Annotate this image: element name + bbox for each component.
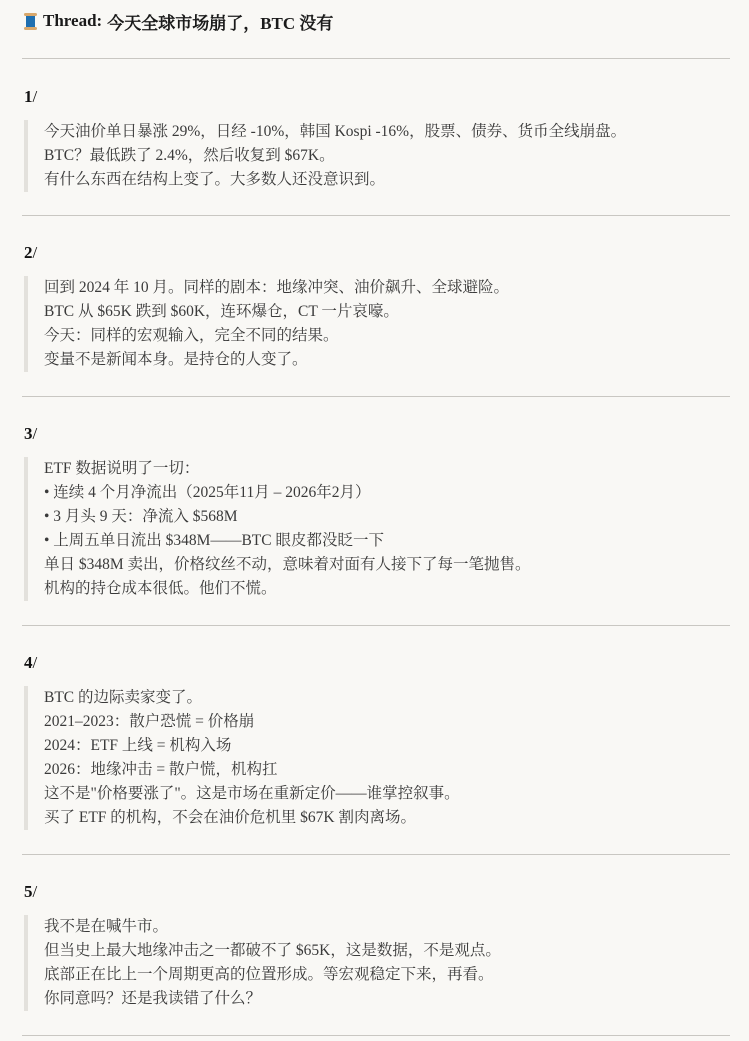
post-quote: 回到 2024 年 10 月。同样的剧本：地缘冲突、油价飙升、全球避险。 BTC…	[24, 276, 730, 372]
quote-line: ETF 数据说明了一切：	[44, 457, 730, 481]
divider	[22, 625, 730, 626]
quote-line: 今天：同样的宏观输入，完全不同的结果。	[44, 324, 730, 348]
quote-line: 你同意吗？还是我读错了什么？	[44, 987, 730, 1011]
thread-label: Thread:	[43, 11, 102, 31]
quote-line: 2024：ETF 上线 = 机构入场	[44, 734, 730, 758]
post-quote: 今天油价单日暴涨 29%，日经 -10%，韩国 Kospi -16%，股票、债券…	[24, 120, 730, 192]
post-quote: BTC 的边际卖家变了。 2021–2023：散户恐慌 = 价格崩 2024：E…	[24, 686, 730, 830]
post-number: 4/	[24, 652, 730, 674]
quote-line: 这不是"价格要涨了"。这是市场在重新定价——谁掌控叙事。	[44, 782, 730, 806]
quote-line: 但当史上最大地缘冲击之一都破不了 $65K，这是数据，不是观点。	[44, 939, 730, 963]
quote-line: BTC 从 $65K 跌到 $60K，连环爆仓，CT 一片哀嚎。	[44, 300, 730, 324]
quote-line: 有什么东西在结构上变了。大多数人还没意识到。	[44, 168, 730, 192]
quote-line: BTC？最低跌了 2.4%，然后收复到 $67K。	[44, 144, 730, 168]
post-quote: ETF 数据说明了一切： • 连续 4 个月净流出（2025年11月 – 202…	[24, 457, 730, 601]
thread-post-1: 1/ 今天油价单日暴涨 29%，日经 -10%，韩国 Kospi -16%，股票…	[24, 86, 730, 192]
quote-line: 变量不是新闻本身。是持仓的人变了。	[44, 348, 730, 372]
divider	[22, 396, 730, 397]
quote-line: 我不是在喊牛市。	[44, 915, 730, 939]
divider	[22, 854, 730, 855]
post-quote: 我不是在喊牛市。 但当史上最大地缘冲击之一都破不了 $65K，这是数据，不是观点…	[24, 915, 730, 1011]
thread-post-2: 2/ 回到 2024 年 10 月。同样的剧本：地缘冲突、油价飙升、全球避险。 …	[24, 242, 730, 372]
bullet-line: • 3 月头 9 天：净流入 $568M	[44, 505, 730, 529]
quote-line: 单日 $348M 卖出，价格纹丝不动，意味着对面有人接下了每一笔抛售。	[44, 553, 730, 577]
thread-title-text: 今天全球市场崩了，BTC 没有	[107, 9, 333, 34]
post-number: 3/	[24, 423, 730, 445]
quote-line: BTC 的边际卖家变了。	[44, 686, 730, 710]
quote-line: 今天油价单日暴涨 29%，日经 -10%，韩国 Kospi -16%，股票、债券…	[44, 120, 730, 144]
bullet-line: • 上周五单日流出 $348M——BTC 眼皮都没眨一下	[44, 529, 730, 553]
quote-line: 买了 ETF 的机构，不会在油价危机里 $67K 割肉离场。	[44, 806, 730, 830]
bullet-line: • 连续 4 个月净流出（2025年11月 – 2026年2月）	[44, 481, 730, 505]
quote-line: 2026：地缘冲击 = 散户慌，机构扛	[44, 758, 730, 782]
quote-line: 底部正在比上一个周期更高的位置形成。等宏观稳定下来，再看。	[44, 963, 730, 987]
thread-title: Thread: 今天全球市场崩了，BTC 没有	[24, 8, 333, 34]
spool-of-thread-icon	[24, 13, 37, 30]
quote-line: 回到 2024 年 10 月。同样的剧本：地缘冲突、油价飙升、全球避险。	[44, 276, 730, 300]
thread-post-3: 3/ ETF 数据说明了一切： • 连续 4 个月净流出（2025年11月 – …	[24, 423, 730, 601]
post-number: 1/	[24, 86, 730, 108]
quote-line: 2021–2023：散户恐慌 = 价格崩	[44, 710, 730, 734]
quote-line: 机构的持仓成本很低。他们不慌。	[44, 577, 730, 601]
post-number: 2/	[24, 242, 730, 264]
divider	[22, 215, 730, 216]
post-number: 5/	[24, 881, 730, 903]
divider	[22, 58, 730, 59]
divider	[22, 1035, 730, 1036]
thread-post-4: 4/ BTC 的边际卖家变了。 2021–2023：散户恐慌 = 价格崩 202…	[24, 652, 730, 830]
thread-post-5: 5/ 我不是在喊牛市。 但当史上最大地缘冲击之一都破不了 $65K，这是数据，不…	[24, 881, 730, 1011]
